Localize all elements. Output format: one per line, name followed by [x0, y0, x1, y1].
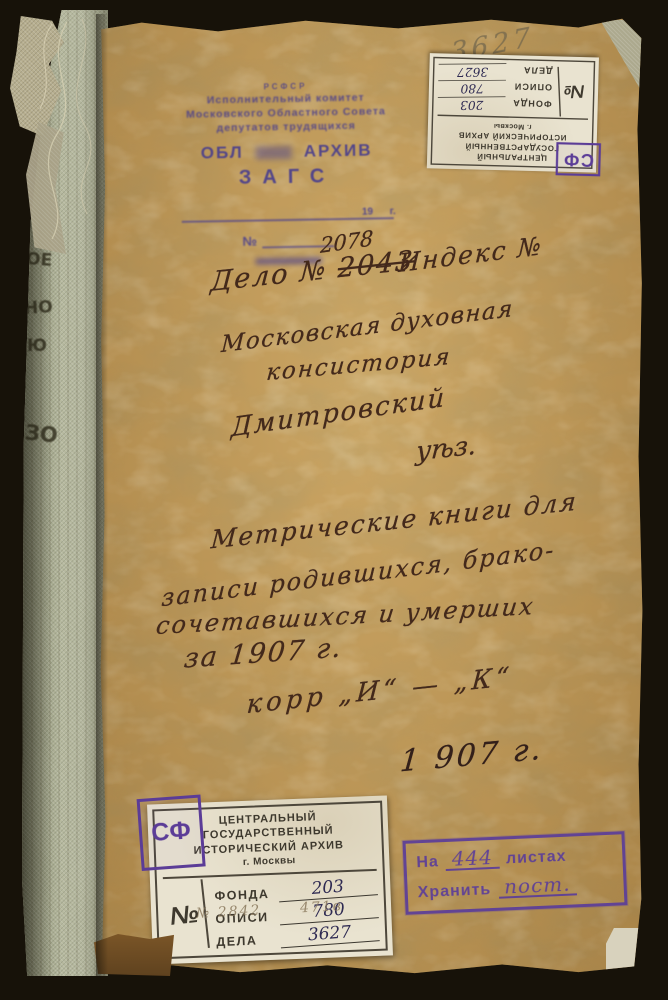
- label-row-value: 203: [438, 96, 506, 110]
- sheet-count-value: 444: [445, 848, 499, 871]
- label-row-caption: ФОНДА: [505, 98, 551, 109]
- label-row-caption: ФОНДА: [214, 887, 278, 903]
- sheet-count-stamp: На 444 листах Хранить пост.: [402, 831, 627, 915]
- archive-label-bottom: ЦЕНТРАЛЬНЫЙ ГОСУДАРСТВЕННЫЙ ИСТОРИЧЕСКИЙ…: [147, 795, 393, 964]
- label-row-opis: ОПИСИ 780: [438, 79, 552, 96]
- sheet-count-prefix: На: [416, 853, 439, 872]
- keep-term-value: пост.: [498, 874, 577, 898]
- keep-term-prefix: Хранить: [417, 881, 491, 902]
- label-row-delo: ДЕЛА 3627: [439, 63, 553, 80]
- spine-mark: НО: [23, 297, 53, 318]
- label-row-value: 3627: [439, 63, 507, 77]
- spine-hinge-shadow: [96, 14, 108, 976]
- label-row-fond: ФОНДА 203: [438, 96, 552, 113]
- book-cover: 3627 ЦЕНТРАЛЬНЫЙ ГОСУДАРСТВЕННЫЙ ИСТОРИЧ…: [98, 14, 644, 976]
- zags-deputies-line: депутатов трудящихся: [157, 119, 415, 136]
- label-row-value: 3627: [280, 922, 380, 948]
- zags-number-sign: №: [242, 234, 257, 249]
- zags-arhiv-text: АРХИВ: [304, 141, 373, 162]
- fabric-corner-bottom-right: [606, 928, 650, 980]
- sf-stamp: СФ: [556, 142, 601, 176]
- label-row-fond: ФОНДА 203: [214, 878, 378, 903]
- spine-mark: Ю: [27, 336, 47, 356]
- ink-blot: [256, 145, 292, 159]
- archive-label-top-flipped: ЦЕНТРАЛЬНЫЙ ГОСУДАРСТВЕННЫЙ ИСТОРИЧЕСКИЙ…: [427, 83, 598, 172]
- keep-term-line: Хранить пост.: [417, 873, 614, 903]
- zags-year-suffix: 19 г.: [362, 206, 396, 218]
- zags-archive-stamp: РСФСР Исполнительный комитет Московского…: [156, 80, 417, 266]
- zags-date-line: 19 г.: [182, 205, 394, 223]
- label-number-sign: №: [557, 66, 589, 117]
- sheet-count-line: На 444 листах: [416, 843, 613, 873]
- label-row-value: 780: [438, 80, 506, 94]
- zags-obl-text: ОБЛ: [201, 143, 244, 164]
- zags-title-line: ЗАГС: [158, 164, 416, 191]
- label-row-caption: ОПИСИ: [506, 81, 552, 92]
- label-row-caption: ДЕЛА: [506, 65, 552, 76]
- zags-archive-line: ОБЛ АРХИВ: [157, 140, 415, 164]
- sf-stamp: СФ: [137, 795, 206, 871]
- spine-mark: ЗО: [24, 420, 59, 447]
- archival-book-cover-photo: ОЕ НО Ю ЗО: [0, 0, 668, 1000]
- sheet-count-suffix: листах: [506, 848, 567, 869]
- label-row-caption: ДЕЛА: [216, 933, 280, 949]
- label-row-delo: ДЕЛА 3627: [216, 924, 380, 949]
